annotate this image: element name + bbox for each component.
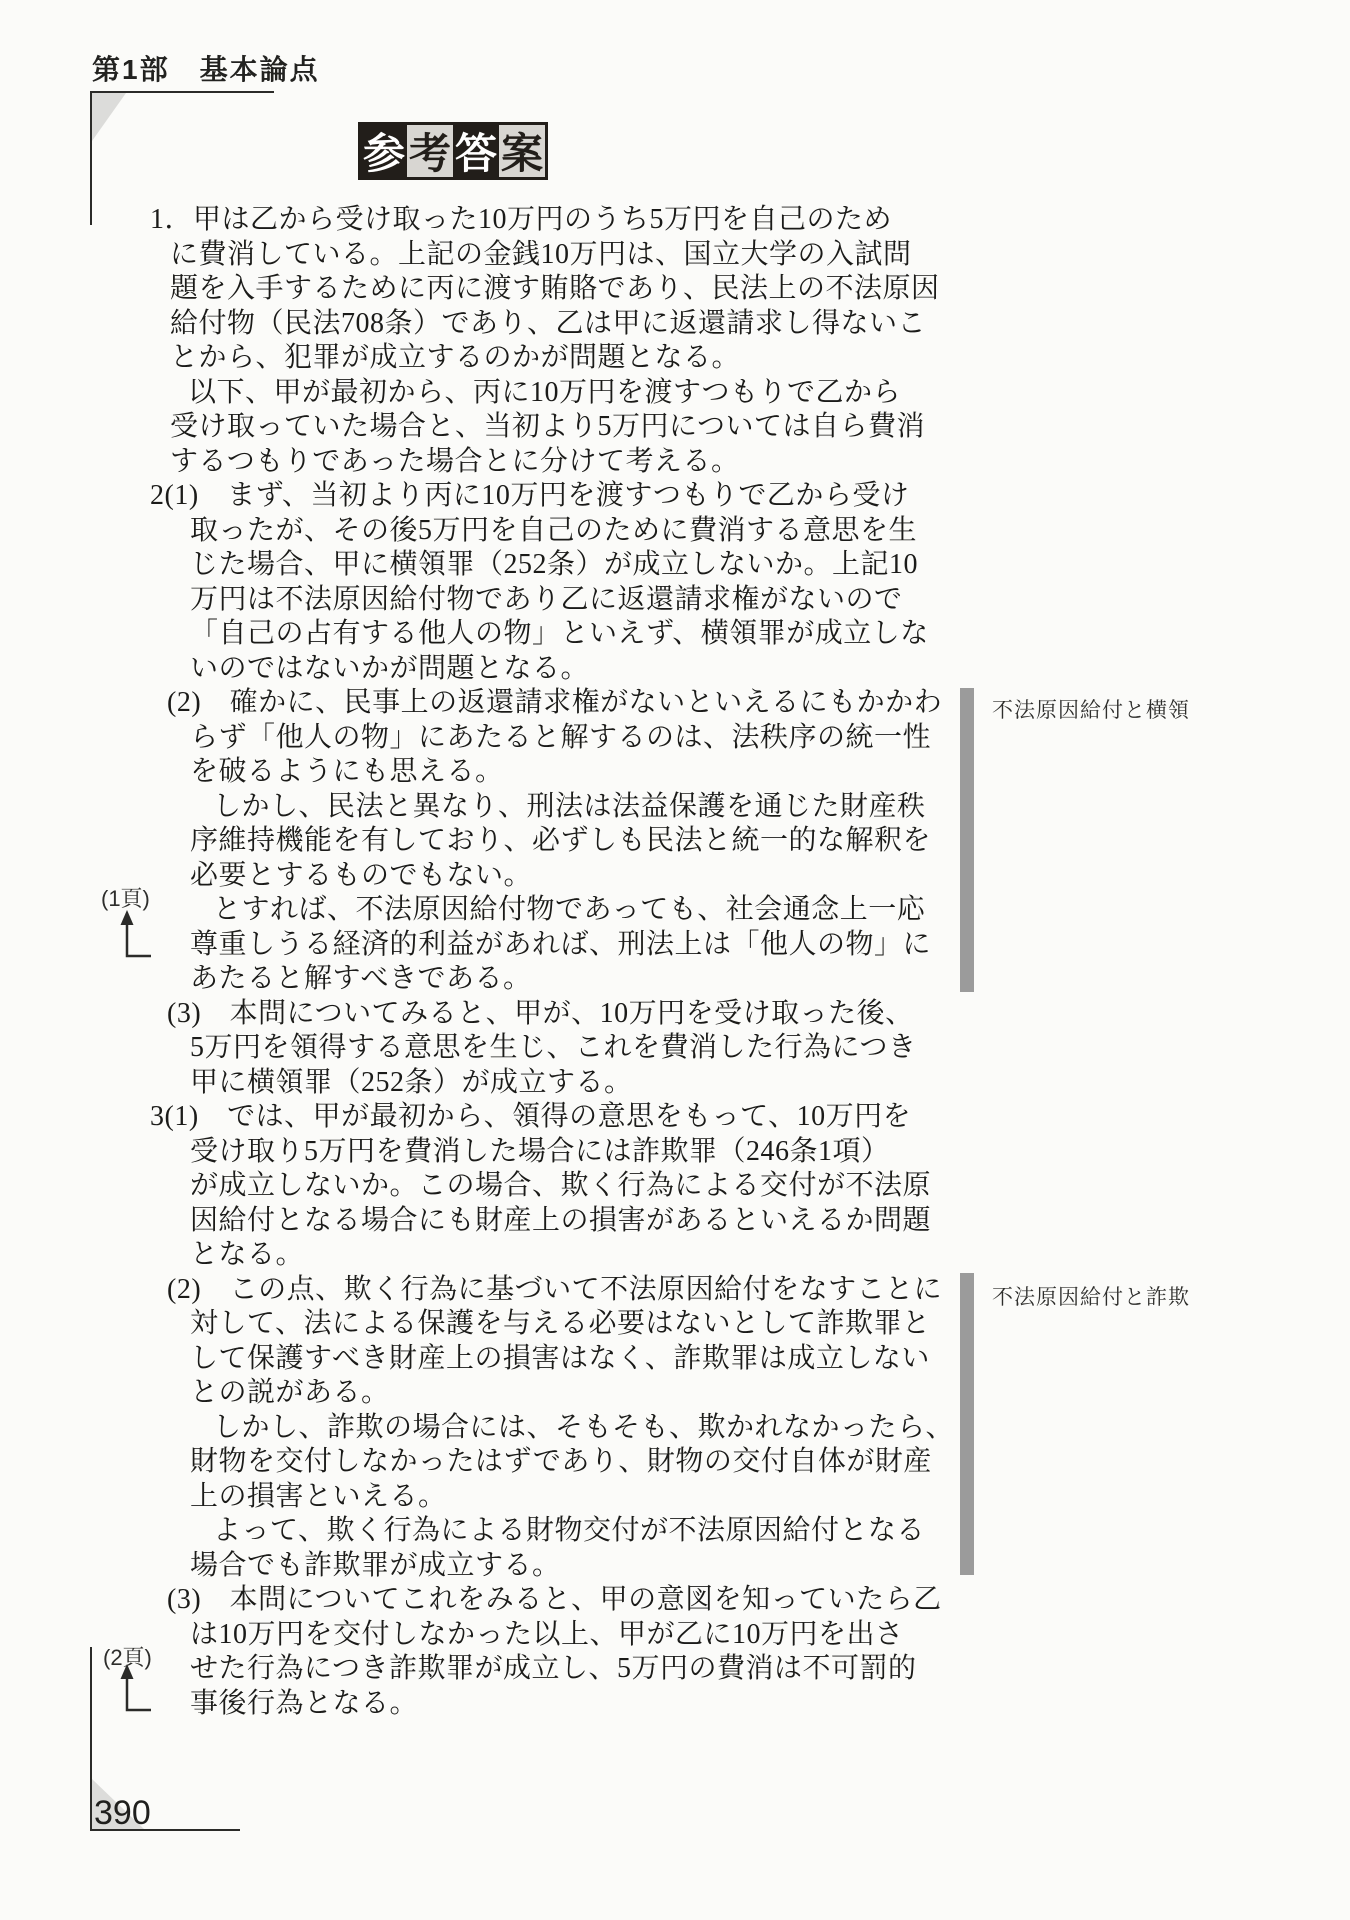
- body-line: しかし、詐欺の場合には、そもそも、欺かれなかったら、: [213, 1414, 954, 1442]
- body-line: 受け取り5万円を費消した場合には詐欺罪（246条1項）: [190, 1138, 890, 1166]
- margin-topic-label: 不法原因給付と横領: [992, 694, 1190, 724]
- body-line: (3) 本問についてみると、甲が、10万円を受け取った後、: [167, 1000, 914, 1028]
- body-line: 「自己の占有する他人の物」といえず、横領罪が成立しな: [190, 620, 929, 648]
- footer-rule: [90, 1829, 240, 1831]
- body-line: が成立しないか。この場合、欺く行為による交付が不法原: [190, 1172, 931, 1200]
- body-line: 万円は不法原因給付物であり乙に返還請求権がないので: [190, 586, 903, 614]
- body-line: 以下、甲が最初から、丙に10万円を渡すつもりで乙から: [188, 379, 901, 407]
- body-line: は10万円を交付しなかった以上、甲が乙に10万円を出さ: [190, 1621, 904, 1649]
- body-line: 場合でも詐欺罪が成立する。: [190, 1552, 561, 1580]
- body-line: せた行為につき詐欺罪が成立し、5万円の費消は不可罰的: [190, 1655, 916, 1683]
- body-line: 必要とするものでもない。: [190, 862, 532, 890]
- body-line: (2) 確かに、民事上の返還請求権がないといえるにもかかわ: [167, 689, 942, 717]
- body-line: (3) 本問についてこれをみると、甲の意図を知っていたら乙: [167, 1586, 942, 1614]
- body-line: 甲に横領罪（252条）が成立する。: [190, 1069, 633, 1097]
- body-line: 5万円を領得する意思を生じ、これを費消した行為につき: [190, 1034, 916, 1062]
- body-line: らず「他人の物」にあたると解するのは、法秩序の統一性: [190, 724, 931, 752]
- part-header: 第1部 基本論点: [92, 48, 320, 88]
- margin-topic-label: 不法原因給付と詐欺: [992, 1281, 1190, 1311]
- body-line: となる。: [190, 1241, 304, 1269]
- body-line: よって、欺く行為による財物交付が不法原因給付となる: [213, 1517, 925, 1545]
- page-ref-label: (1頁): [101, 882, 150, 913]
- body-line: して保護すべき財産上の損害はなく、詐欺罪は成立しない: [190, 1345, 930, 1373]
- title-char: 考: [407, 125, 453, 177]
- book-page: 第1部 基本論点 参考答案 1．甲は乙から受け取った10万円のうち5万円を自己の…: [0, 0, 1350, 1920]
- body-line: を破るようにも思える。: [190, 758, 504, 786]
- body-line: (2) この点、欺く行為に基づいて不法原因給付をなすことに: [167, 1276, 942, 1304]
- body-line: 財物を交付しなかったはずであり、財物の交付自体が財産: [190, 1448, 932, 1476]
- body-line: 尊重しうる経済的利益があれば、刑法上は「他人の物」に: [190, 931, 931, 959]
- body-line: に費消している。上記の金銭10万円は、国立大学の入試問: [170, 241, 912, 269]
- body-line: あたると解すべきである。: [190, 965, 531, 993]
- topic-bar-fraud: [960, 1273, 974, 1575]
- body-line: するつもりであった場合とに分けて考える。: [170, 448, 739, 476]
- body-line: 因給付となる場合にも財産上の損害があるといえるか問題: [190, 1207, 931, 1235]
- page-ref-arrow-icon: [114, 1664, 158, 1719]
- body-line: 対して、法による保護を与える必要はないとして詐欺罪と: [190, 1310, 930, 1338]
- page-number: 390: [94, 1794, 151, 1833]
- body-line: いのではないかが問題となる。: [190, 655, 589, 683]
- body-line: 序維持機能を有しており、必ずしも民法と統一的な解釈を: [190, 827, 931, 855]
- section-title-refanswer: 参考答案: [358, 122, 548, 180]
- body-line: しかし、民法と異なり、刑法は法益保護を通じた財産秩: [213, 793, 926, 821]
- body-line: 上の損害といえる。: [190, 1483, 447, 1511]
- body-line: 給付物（民法708条）であり、乙は甲に返還請求し得ないこ: [170, 310, 926, 338]
- body-line: 3(1) では、甲が最初から、領得の意思をもって、10万円を: [150, 1103, 911, 1131]
- body-line: 2(1) まず、当初より丙に10万円を渡すつもりで乙から受け: [150, 482, 909, 510]
- page-ref-arrow-icon: [114, 910, 158, 965]
- body-line: 事後行為となる。: [190, 1690, 418, 1718]
- title-char: 案: [499, 125, 545, 177]
- body-line: 取ったが、その後5万円を自己のために費消する意思を生: [190, 517, 917, 545]
- corner-triangle-top: [92, 93, 126, 141]
- body-line: 題を入手するために丙に渡す賄賂であり、民法上の不法原因: [170, 275, 940, 303]
- body-line: とから、犯罪が成立するのかが問題となる。: [170, 344, 740, 372]
- title-char: 答: [453, 125, 499, 177]
- body-line: 受け取っていた場合と、当初より5万円については自ら費消: [170, 413, 925, 441]
- body-line: じた場合、甲に横領罪（252条）が成立しないか。上記10: [190, 551, 918, 579]
- body-line: 1．甲は乙から受け取った10万円のうち5万円を自己のため: [150, 206, 892, 234]
- body-line: とすれば、不法原因給付物であっても、社会通念上一応: [213, 896, 925, 924]
- title-char: 参: [361, 125, 407, 177]
- body-line: との説がある。: [190, 1379, 390, 1407]
- topic-bar-embezzlement: [960, 688, 974, 992]
